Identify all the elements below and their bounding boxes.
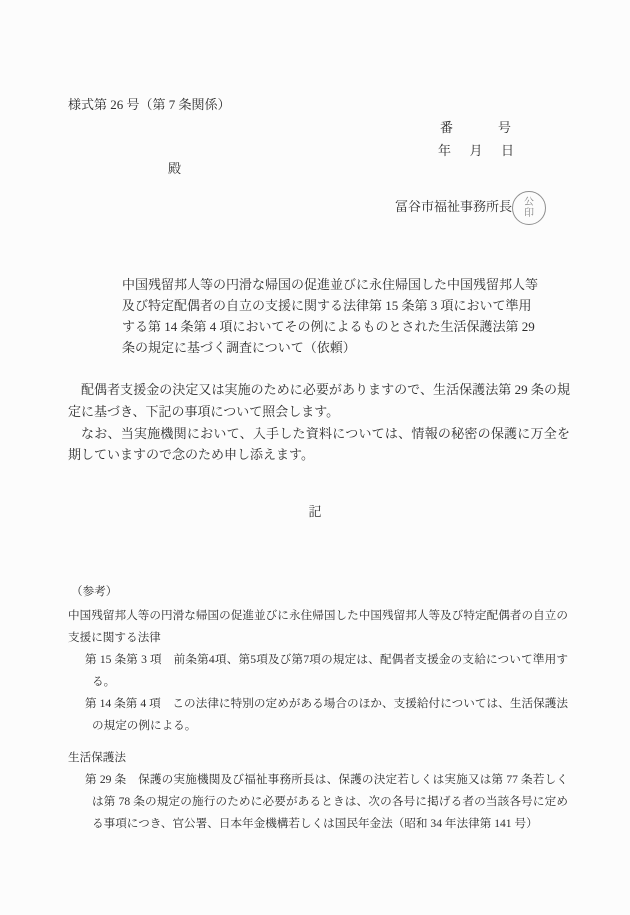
- body-paragraph-2: なお、当実施機関において、入手した資料については、情報の秘密の保護に万全を期して…: [68, 423, 570, 467]
- number-label-gou: 号: [498, 117, 511, 136]
- public-assistance-law-block: 生活保護法 第 29 条 保護の実施機関及び福祉事務所長は、保護の決定若しくは実…: [68, 747, 568, 835]
- official-seal-stamp-icon: 公 印: [512, 191, 546, 225]
- body-paragraph-1: 配偶者支援金の決定又は実施のために必要がありますので、生活保護法第 29 条の規…: [68, 379, 570, 423]
- sender-title: 冨谷市福祉事務所長: [395, 196, 512, 215]
- month-label: 月: [469, 140, 482, 159]
- record-marker: 記: [0, 501, 630, 520]
- number-label-ban: 番: [440, 117, 453, 136]
- support-law-name: 中国残留邦人等の円滑な帰国の促進並びに永住帰国した中国残留邦人等及び特定配偶者の…: [68, 605, 568, 649]
- public-assistance-law-name: 生活保護法: [68, 747, 568, 769]
- document-number-line: 番 号: [440, 117, 511, 136]
- date-line: 年 月 日: [438, 140, 514, 159]
- addressee-honorific: 殿: [168, 158, 181, 177]
- body-text: 配偶者支援金の決定又は実施のために必要がありますので、生活保護法第 29 条の規…: [68, 379, 570, 466]
- seal-text-bottom: 印: [524, 208, 534, 219]
- support-law-article-15-3: 第 15 条第 3 項 前条第4項、第5項及び第7項の規定は、配偶者支援金の支給…: [68, 649, 568, 693]
- seal-text-top: 公: [524, 197, 534, 208]
- public-assistance-law-article-29: 第 29 条 保護の実施機関及び福祉事務所長は、保護の決定若しくは実施又は第 7…: [68, 769, 568, 835]
- document-page: 様式第 26 号（第 7 条関係） 番 号 年 月 日 殿 冨谷市福祉事務所長 …: [0, 0, 630, 915]
- support-law-article-14-4: 第 14 条第 4 項 この法律に特別の定めがある場合のほか、支援給付については…: [68, 693, 568, 737]
- form-number: 様式第 26 号（第 7 条関係）: [68, 94, 231, 113]
- day-label: 日: [501, 140, 514, 159]
- support-law-block: 中国残留邦人等の円滑な帰国の促進並びに永住帰国した中国残留邦人等及び特定配偶者の…: [68, 605, 568, 737]
- year-label: 年: [438, 140, 451, 159]
- reference-label: （参考）: [71, 583, 117, 599]
- subject-title: 中国残留邦人等の円滑な帰国の促進並びに永住帰国した中国残留邦人等 及び特定配偶者…: [122, 274, 538, 358]
